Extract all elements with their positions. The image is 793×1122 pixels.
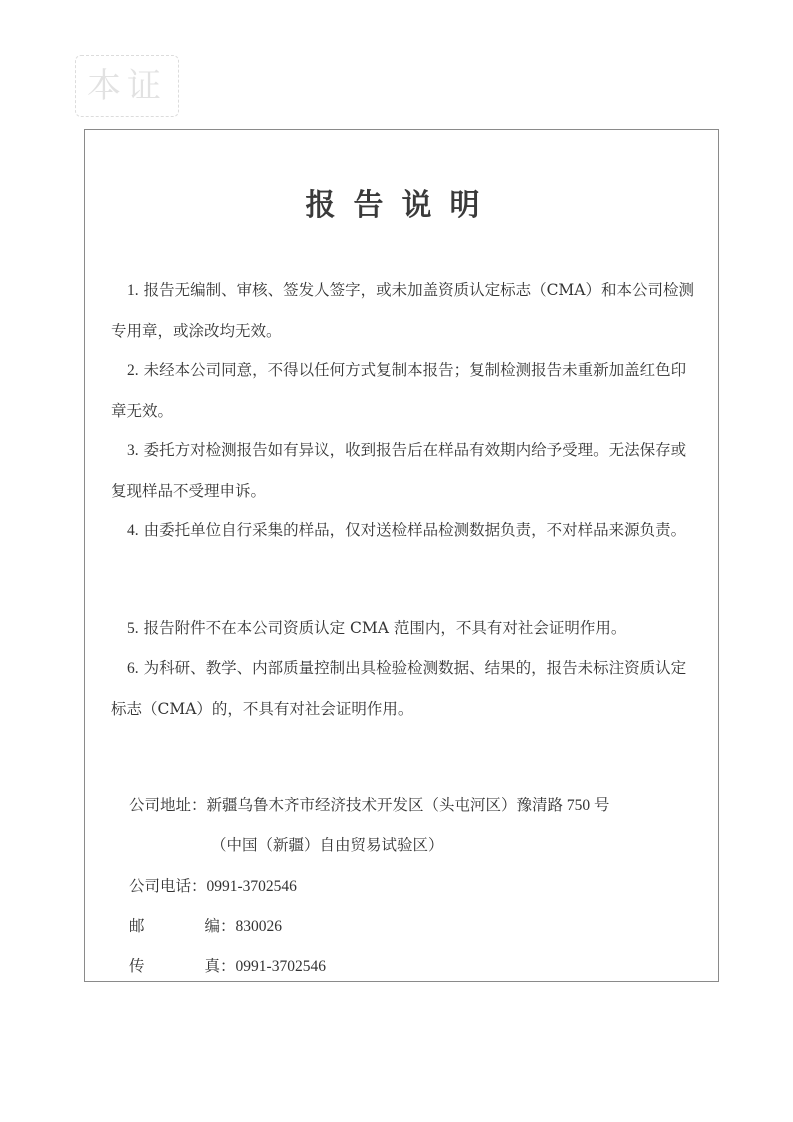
note-number: 1. [127, 282, 139, 299]
note-number: 2. [127, 362, 139, 379]
fax-label-b: 真： [205, 956, 236, 976]
address-line-1: 公司地址：新疆乌鲁木齐市经济技术开发区（头屯河区）豫清路 750 号 [129, 795, 610, 816]
note-item-3: 3. 委托方对检测报告如有异议，收到报告后在样品有效期内给予受理。无法保存或复现… [111, 430, 701, 511]
note-text: 报告附件不在本公司资质认定 CMA 范围内，不具有对社会证明作用。 [144, 619, 627, 637]
note-item-4: 4. 由委托单位自行采集的样品，仅对送检样品检测数据负责，不对样品来源负责。 [111, 510, 701, 551]
phone-line: 公司电话：0991-3702546 [129, 876, 297, 897]
page-title: 报告说明 [85, 180, 718, 224]
note-item-5: 5. 报告附件不在本公司资质认定 CMA 范围内，不具有对社会证明作用。 [111, 608, 701, 649]
postcode-value: 830026 [236, 918, 283, 935]
note-number: 4. [127, 522, 139, 539]
postcode-label-a: 邮 [129, 916, 145, 936]
note-text: 报告无编制、审核、签发人签字，或未加盖资质认定标志（CMA）和本公司检测专用章，… [111, 281, 694, 340]
faded-stamp: 本证 [75, 55, 179, 117]
address-label: 公司地址： [129, 795, 207, 815]
address-line-2: （中国（新疆）自由贸易试验区） [211, 835, 444, 855]
fax-label-a: 传 [129, 956, 145, 976]
report-notes-frame: 报告说明 1. 报告无编制、审核、签发人签字，或未加盖资质认定标志（CMA）和本… [84, 129, 719, 982]
note-item-1: 1. 报告无编制、审核、签发人签字，或未加盖资质认定标志（CMA）和本公司检测专… [111, 270, 701, 351]
note-number: 6. [127, 660, 139, 677]
address-value: 新疆乌鲁木齐市经济技术开发区（头屯河区）豫清路 750 号 [207, 797, 610, 814]
note-number: 5. [127, 620, 139, 637]
fax-line: 传真：0991-3702546 [129, 956, 326, 977]
note-item-2: 2. 未经本公司同意，不得以任何方式复制本报告；复制检测报告未重新加盖红色印章无… [111, 350, 701, 431]
note-text: 由委托单位自行采集的样品，仅对送检样品检测数据负责，不对样品来源负责。 [144, 521, 687, 539]
note-item-6: 6. 为科研、教学、内部质量控制出具检验检测数据、结果的，报告未标注资质认定标志… [111, 648, 701, 729]
note-text: 为科研、教学、内部质量控制出具检验检测数据、结果的，报告未标注资质认定标志（CM… [111, 659, 686, 718]
postcode-line: 邮编：830026 [129, 916, 282, 937]
phone-label: 公司电话： [129, 876, 207, 896]
phone-value: 0991-3702546 [207, 878, 297, 895]
address-value-2: （中国（新疆）自由贸易试验区） [211, 836, 444, 854]
note-text: 委托方对检测报告如有异议，收到报告后在样品有效期内给予受理。无法保存或复现样品不… [111, 441, 686, 500]
note-number: 3. [127, 442, 139, 459]
postcode-label-b: 编： [205, 916, 236, 936]
fax-value: 0991-3702546 [236, 958, 326, 975]
note-text: 未经本公司同意，不得以任何方式复制本报告；复制检测报告未重新加盖红色印章无效。 [111, 361, 686, 420]
